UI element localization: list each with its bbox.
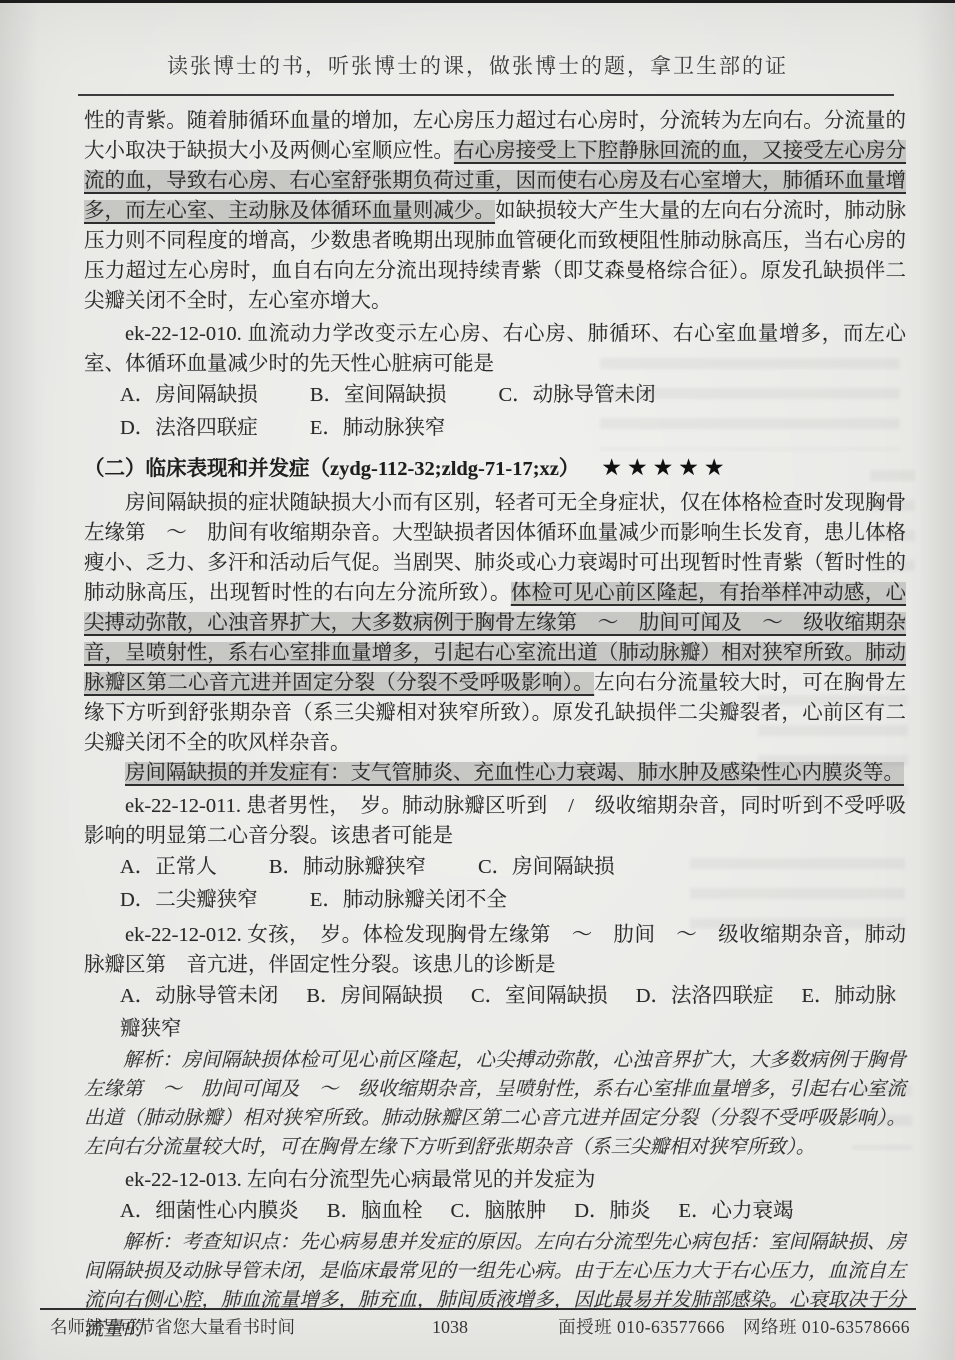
option-d: D．肺炎 [574,1200,650,1222]
page-header-slogan: 读张博士的书，听张博士的课，做张博士的题，拿卫生部的证 [0,50,955,80]
analysis-paragraph-012: 解析：房间隔缺损体检可见心前区隆起，心尖搏动弥散，心浊音界扩大，大多数病例于胸骨… [84,1046,906,1162]
option-a: A．细菌性心内膜炎 [120,1200,299,1222]
section-heading-title: （二）临床表现和并发症（zydg-112-32;zldg-71-17;xz） [84,458,579,480]
footer-slogan: 名师辅导可节省您大量看书时间 [50,1314,390,1339]
option-e: E．心力衰竭 [679,1200,794,1222]
page-footer: 名师辅导可节省您大量看书时间 1038 面授班 010-63577666 网络班… [50,1314,910,1339]
option-b: B．室间隔缺损 [310,384,447,406]
option-a: A．正常人 [120,856,217,878]
option-d: D．法洛四联症 [636,985,774,1007]
scanned-book-page: { "colors": { "paper": "#e9e9e6", "ink":… [0,0,955,1360]
scan-edge-artifact [0,0,955,3]
option-c: C．动脉导管未闭 [499,384,656,406]
option-b: B．肺动脉瓣狭窄 [269,856,426,878]
page-number: 1038 [390,1317,510,1338]
option-c: C．房间隔缺损 [478,856,615,878]
footer-contact: 面授班 010-63577666 网络班 010-63578666 [510,1314,910,1339]
options-row: A．正常人B．肺动脉瓣狭窄C．房间隔缺损 [84,851,906,884]
question-stem-ek-22-12-013: ek-22-12-013. 左向右分流型先心病最常见的并发症为 [84,1165,906,1195]
page-body: 性的青紫。随着肺循环血量的增加，左心房压力超过右心房时，分流转为左向右。分流量的… [84,106,906,1344]
question-stem-ek-22-12-012: ek-22-12-012. 女孩， 岁。体检发现胸骨左缘第 ～ 肋间 ～ 级收缩… [84,920,906,980]
question-stem-ek-22-12-011: ek-22-12-011. 患者男性， 岁。肺动脉瓣区听到 / 级收缩期杂音，同… [84,791,906,851]
footer-rule [40,1308,916,1310]
options-row: D．法洛四联症E．肺动脉狭窄 [84,412,906,445]
star-rating: ★★★★★ [601,455,729,480]
option-d: D．法洛四联症 [120,417,258,439]
options-row: A．房间隔缺损B．室间隔缺损C．动脉导管未闭 [84,379,906,412]
highlighted-text: 房间隔缺损的并发症有：支气管肺炎、充血性心力衰竭、肺水肿及感染性心内膜炎等。 [125,762,904,784]
option-a: A．房间隔缺损 [120,384,258,406]
section-heading: （二）临床表现和并发症（zydg-112-32;zldg-71-17;xz）★★… [84,451,906,486]
option-c: C．脑脓肿 [451,1200,547,1222]
option-e: E．肺动脉瓣关闭不全 [310,889,507,911]
header-rule [78,94,894,96]
question-stem-ek-22-12-010: ek-22-12-010. 血流动力学改变示左心房、右心房、肺循环、右心室血量增… [84,319,906,379]
option-b: B．脑血栓 [327,1200,423,1222]
paragraph-hemodynamics: 性的青紫。随着肺循环血量的增加，左心房压力超过右心房时，分流转为左向右。分流量的… [84,106,906,316]
option-e: E．肺动脉狭窄 [310,417,446,439]
option-d: D．二尖瓣狭窄 [120,889,258,911]
options-row: D．二尖瓣狭窄E．肺动脉瓣关闭不全 [84,884,906,917]
option-b: B．房间隔缺损 [306,985,443,1007]
option-a: A．动脉导管未闭 [120,985,278,1007]
paragraph-complications: 房间隔缺损的并发症有：支气管肺炎、充血性心力衰竭、肺水肿及感染性心内膜炎等。 [84,758,906,788]
paragraph-clinical-signs: 房间隔缺损的症状随缺损大小而有区别，轻者可无全身症状，仅在体格检查时发现胸骨左缘… [84,488,906,758]
option-c: C．室间隔缺损 [471,985,608,1007]
options-row: A．细菌性心内膜炎B．脑血栓C．脑脓肿D．肺炎E．心力衰竭 [84,1195,906,1228]
options-row: A．动脉导管未闭B．房间隔缺损C．室间隔缺损D．法洛四联症E．肺动脉瓣狭窄 [84,980,906,1046]
